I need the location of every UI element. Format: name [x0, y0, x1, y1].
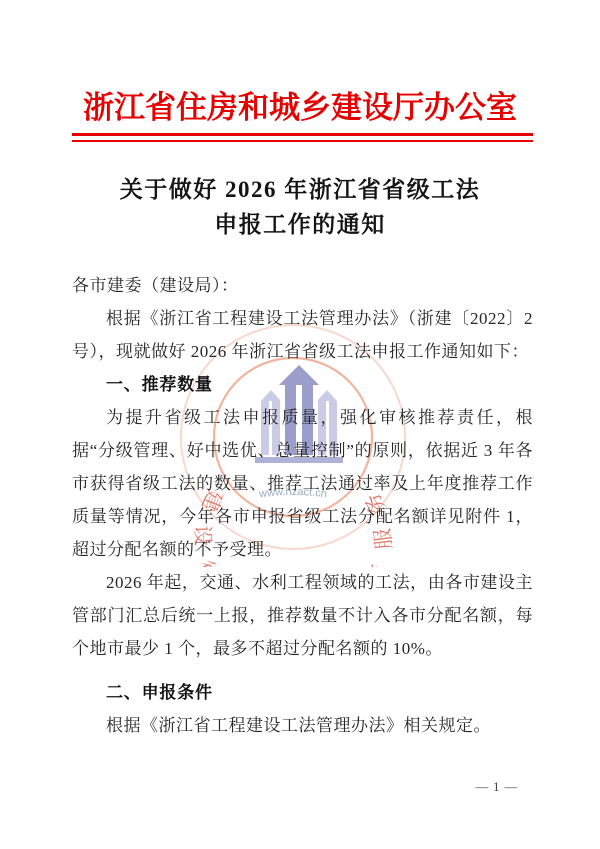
section-heading-2: 二、申报条件 [72, 676, 533, 709]
document-title-line1: 关于做好 2026 年浙江省省级工法 [0, 172, 600, 207]
section-heading-1: 一、推荐数量 [72, 368, 533, 401]
letterhead-divider-rule [72, 133, 533, 142]
letterhead-issuer-title: 浙江省住房和城乡建设厅办公室 [0, 82, 600, 127]
page-number: — 1 — [476, 780, 519, 795]
paragraph-conditions: 根据《浙江省工程建设工法管理办法》相关规定。 [72, 709, 533, 742]
document-body: 各市建委（建设局）： 根据《浙江省工程建设工法管理办法》（浙建〔2022〕2 号… [72, 269, 533, 742]
paragraph-intro: 根据《浙江省工程建设工法管理办法》（浙建〔2022〕2 号），现就做好 2026… [72, 302, 533, 368]
document-title: 关于做好 2026 年浙江省省级工法 申报工作的通知 [0, 172, 600, 242]
document-title-line2: 申报工作的通知 [0, 207, 600, 242]
paragraph-quota-1: 为提升省级工法申报质量，强化审核推荐责任，根据“分级管理、好中选优、总量控制”的… [72, 401, 533, 566]
paragraph-quota-2: 2026 年起，交通、水利工程领域的工法，由各市建设主管部门汇总后统一上报，推荐… [72, 566, 533, 665]
salutation: 各市建委（建设局）： [72, 269, 533, 302]
document-page: 建设行业科技创新与服务 www.hzact.cn 浙江省住房和城乡建设厅办公室 … [0, 0, 600, 849]
